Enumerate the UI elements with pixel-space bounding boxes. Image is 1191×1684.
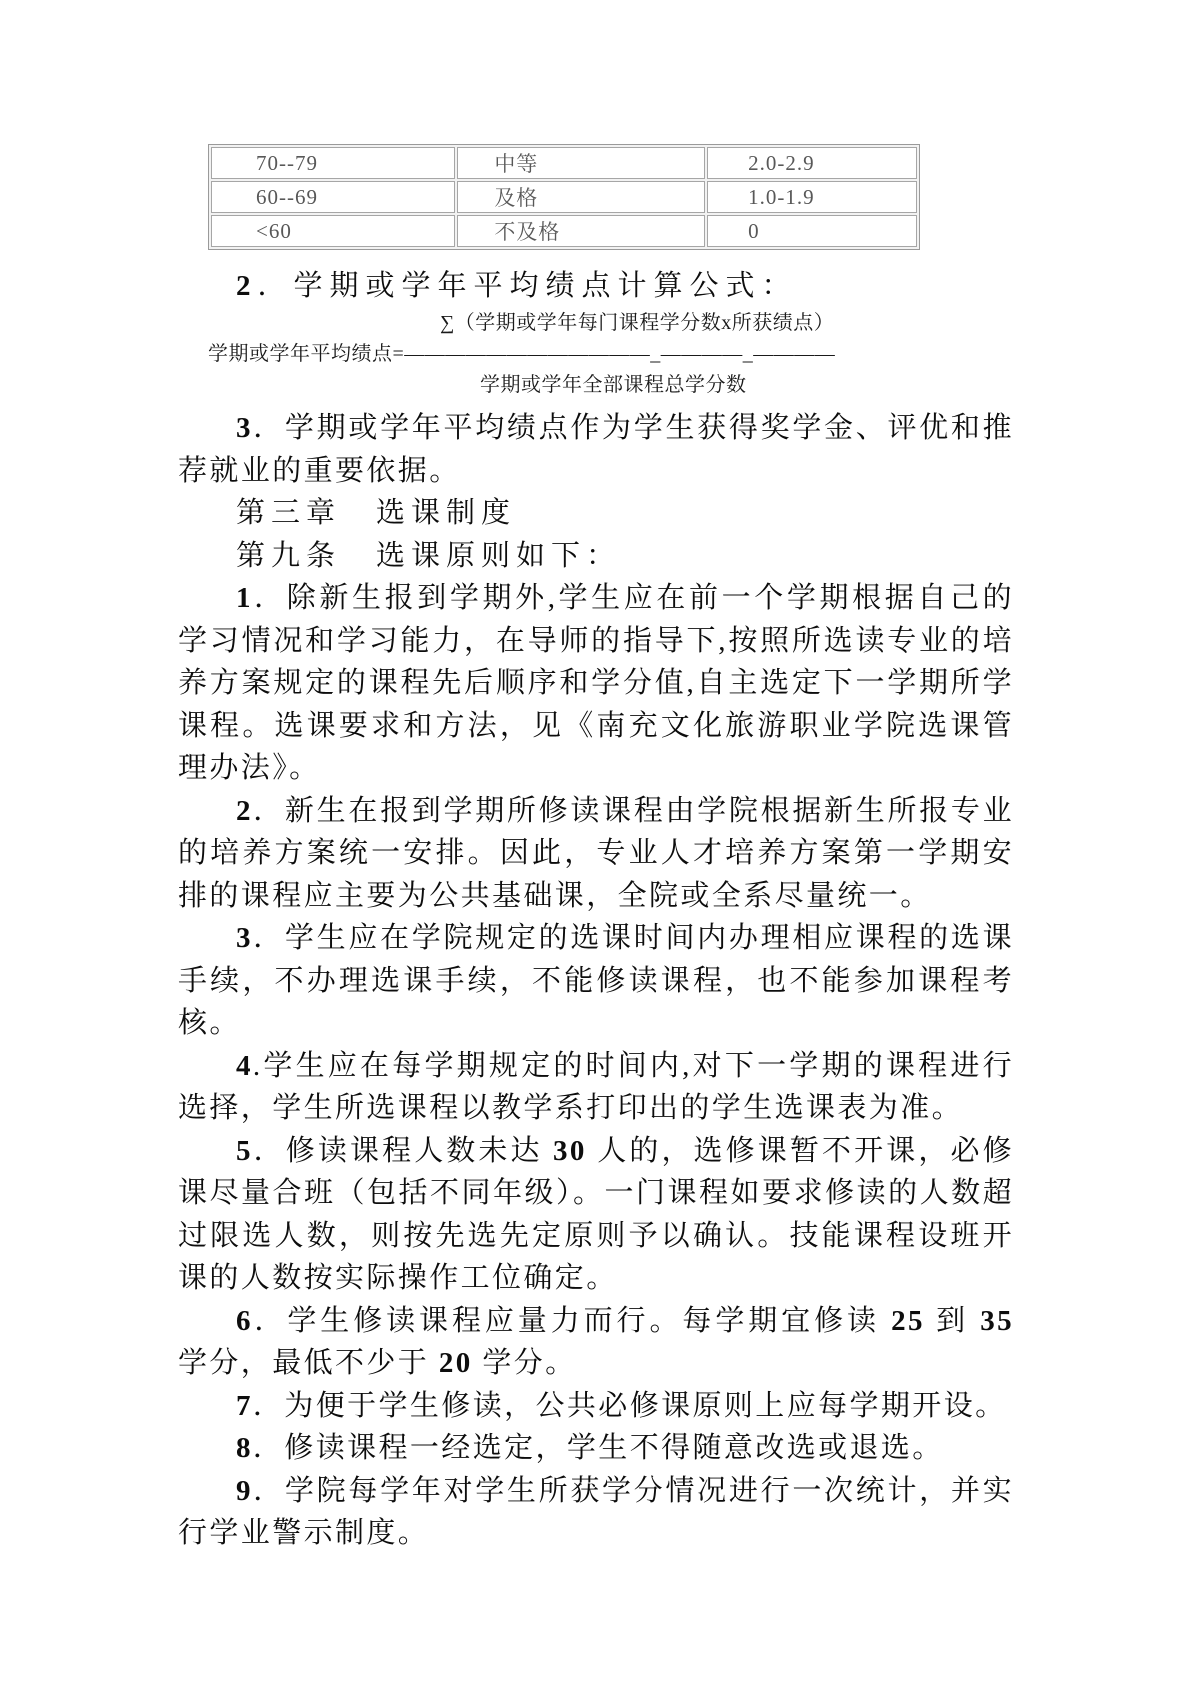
paragraph: 9．学院每学年对学生所获学分情况进行一次统计，并实行学业警示制度。: [178, 1470, 1014, 1555]
paragraph: 6．学生修读课程应量力而行。每学期宜修读 25 到 35 学分，最低不少于 20…: [178, 1300, 1014, 1385]
paragraph: 3．学期或学年平均绩点作为学生获得奖学金、评优和推荐就业的重要依据。: [178, 407, 1014, 492]
table-row: 70--79中等2.0-2.9: [211, 147, 917, 179]
chapter-heading: 第三章 选课制度: [178, 492, 1014, 535]
grade-point-table: 70--79中等2.0-2.960--69及格1.0-1.9<60不及格0: [208, 144, 920, 250]
score-cell: 70--79: [211, 147, 455, 179]
formula-numerator: ∑（学期或学年每门课程学分数x所获绩点）: [440, 308, 1014, 339]
score-cell: 60--69: [211, 181, 455, 213]
chapter-heading: 第九条 选课原则如下：: [178, 535, 1014, 578]
document-page: { "document": { "grade_table": { "rows":…: [0, 0, 1191, 1684]
level-cell: 及格: [457, 181, 705, 213]
table-row: <60不及格0: [211, 215, 917, 247]
grade-table-body: 70--79中等2.0-2.960--69及格1.0-1.9<60不及格0: [211, 147, 917, 247]
paragraph: 2．新生在报到学期所修读课程由学院根据新生所报专业的培养方案统一安排。因此，专业…: [178, 790, 1014, 918]
gpa-formula: ∑（学期或学年每门课程学分数x所获绩点） 学期或学年平均绩点=—————————…: [178, 308, 1014, 401]
gpa-cell: 1.0-1.9: [707, 181, 917, 213]
level-cell: 中等: [457, 147, 705, 179]
paragraph: 3．学生应在学院规定的选课时间内办理相应课程的选课手续，不办理选课手续，不能修读…: [178, 917, 1014, 1045]
gpa-cell: 0: [707, 215, 917, 247]
formula-lhs-line: 学期或学年平均绩点=————————————_————_————: [208, 339, 1014, 370]
table-row: 60--69及格1.0-1.9: [211, 181, 917, 213]
paragraph: 7．为便于学生修读，公共必修课原则上应每学期开设。: [178, 1385, 1014, 1428]
formula-lhs: 学期或学年平均绩点=: [208, 343, 404, 365]
gpa-formula-heading: 2．学期或学年平均绩点计算公式：: [178, 264, 1014, 308]
page-content: 70--79中等2.0-2.960--69及格1.0-1.9<60不及格0 2．…: [178, 144, 1014, 1555]
formula-fraction-bar: ————————————_————_————: [404, 343, 835, 365]
gpa-cell: 2.0-2.9: [707, 147, 917, 179]
formula-denominator: 学期或学年全部课程总学分数: [480, 370, 1014, 401]
score-cell: <60: [211, 215, 455, 247]
level-cell: 不及格: [457, 215, 705, 247]
paragraph: 8．修读课程一经选定，学生不得随意改选或退选。: [178, 1427, 1014, 1470]
paragraph: 4.学生应在每学期规定的时间内,对下一学期的课程进行选择，学生所选课程以教学系打…: [178, 1045, 1014, 1130]
paragraph: 5．修读课程人数未达 30 人的，选修课暂不开课，必修课尽量合班（包括不同年级）…: [178, 1130, 1014, 1300]
paragraph: 1．除新生报到学期外,学生应在前一个学期根据自己的学习情况和学习能力，在导师的指…: [178, 577, 1014, 790]
paragraphs: 3．学期或学年平均绩点作为学生获得奖学金、评优和推荐就业的重要依据。第三章 选课…: [178, 407, 1014, 1555]
